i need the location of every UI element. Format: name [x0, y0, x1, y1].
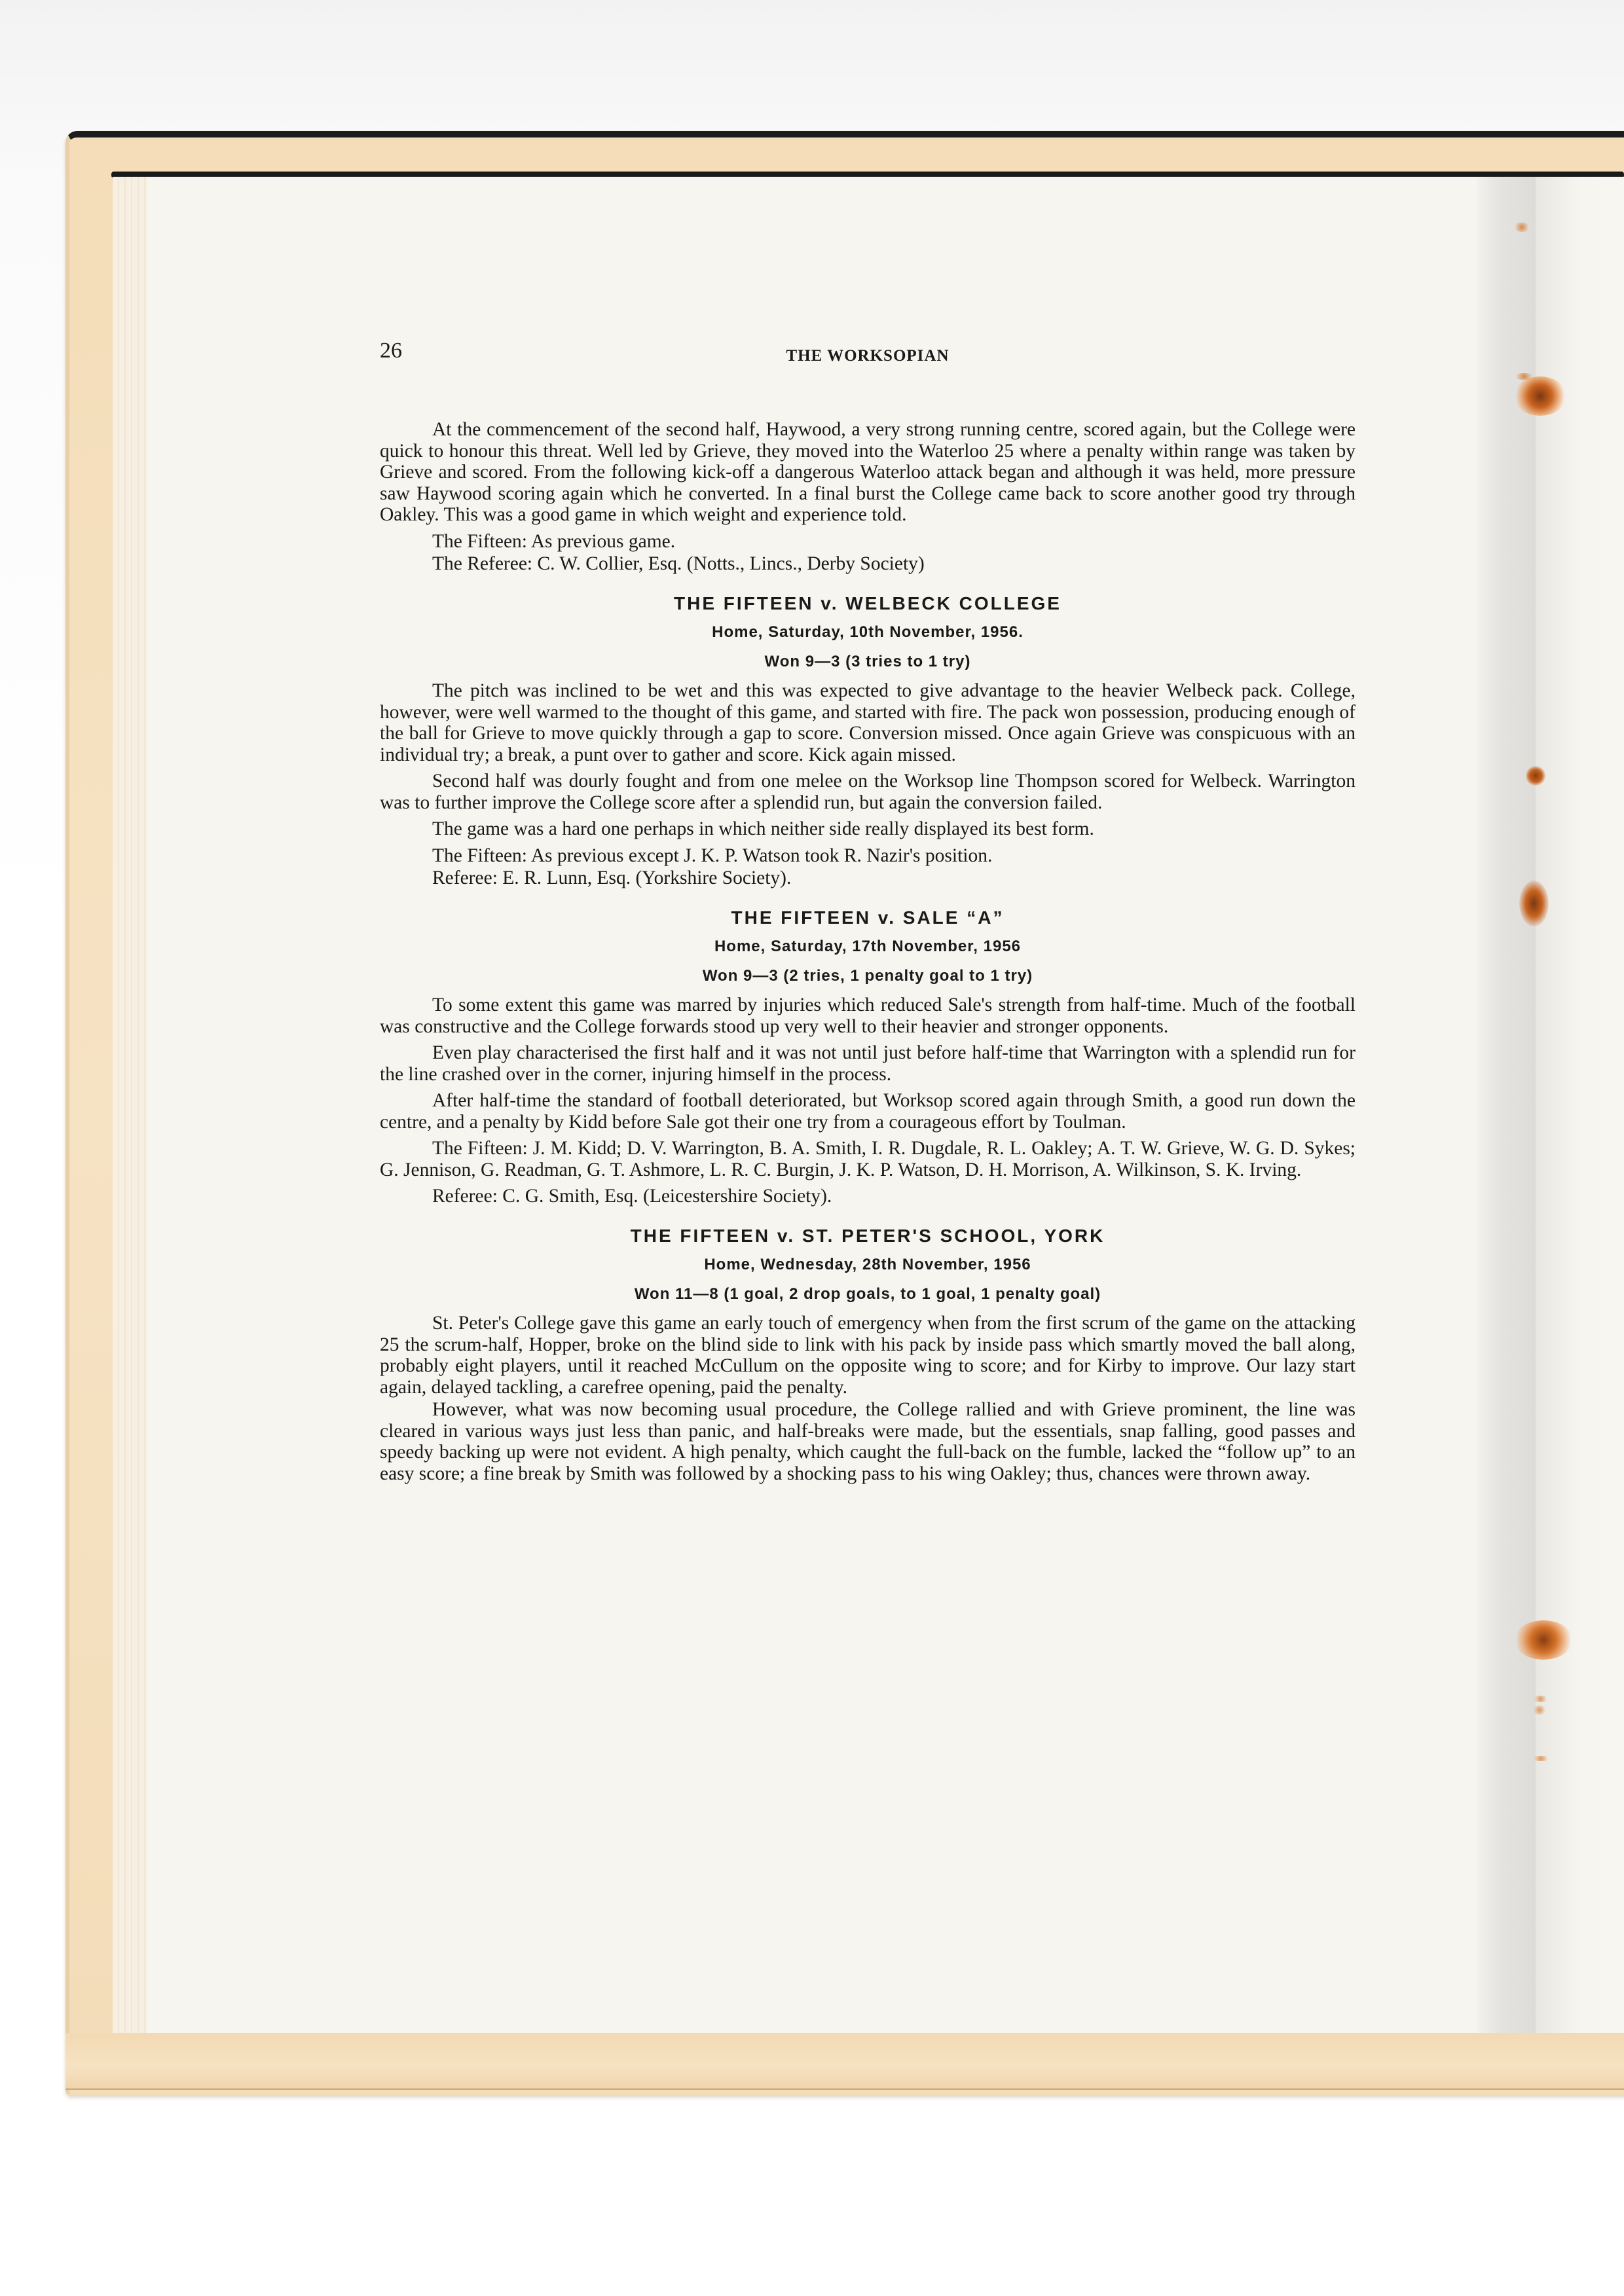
match-date: Home, Saturday, 10th November, 1956. — [380, 622, 1356, 644]
rust-stain — [1532, 1696, 1549, 1702]
journal-title: THE WORKSOPIAN — [380, 346, 1356, 367]
match-heading: THE FIFTEEN v. WELBECK COLLEGE — [380, 593, 1356, 615]
article-paragraph: Even play characterised the first half a… — [380, 1042, 1356, 1085]
running-head: 26 THE WORKSOPIAN — [380, 340, 1356, 380]
rust-stain — [1526, 766, 1545, 786]
rust-stain — [1531, 1756, 1551, 1761]
previous-match-continuation: At the commencement of the second half, … — [380, 419, 1356, 575]
match-report-sale: THE FIFTEEN v. SALE “A” Home, Saturday, … — [380, 907, 1356, 1207]
match-heading: THE FIFTEEN v. ST. PETER'S SCHOOL, YORK — [380, 1226, 1356, 1247]
page-block-edges — [113, 177, 149, 2036]
page-gutter-shadow — [1477, 177, 1536, 2035]
article-paragraph: The pitch was inclined to be wet and thi… — [380, 680, 1356, 765]
match-date: Home, Wednesday, 28th November, 1956 — [380, 1254, 1356, 1276]
match-heading: THE FIFTEEN v. SALE “A” — [380, 907, 1356, 929]
match-report-st-peters: THE FIFTEEN v. ST. PETER'S SCHOOL, YORK … — [380, 1226, 1356, 1485]
article-paragraph: After half-time the standard of football… — [380, 1090, 1356, 1133]
team-lineup: The Fifteen: As previous except J. K. P.… — [380, 845, 1356, 867]
book-cover-bottom-edge — [65, 2033, 1624, 2090]
match-report-welbeck: THE FIFTEEN v. WELBECK COLLEGE Home, Sat… — [380, 593, 1356, 889]
rust-stain — [1514, 1620, 1573, 1660]
team-lineup: The Fifteen: As previous game. — [380, 531, 1356, 553]
match-result: Won 11—8 (1 goal, 2 drop goals, to 1 goa… — [380, 1284, 1356, 1305]
referee-line: Referee: C. G. Smith, Esq. (Leicestershi… — [380, 1186, 1356, 1207]
match-result: Won 9—3 (2 tries, 1 penalty goal to 1 tr… — [380, 966, 1356, 987]
article-paragraph: The game was a hard one perhaps in which… — [380, 818, 1356, 840]
article-paragraph: To some extent this game was marred by i… — [380, 994, 1356, 1037]
page-content: 26 THE WORKSOPIAN At the commencement of… — [380, 340, 1356, 1489]
team-lineup: The Fifteen: J. M. Kidd; D. V. Warringto… — [380, 1138, 1356, 1180]
rust-stain — [1519, 881, 1549, 926]
rust-stain — [1513, 223, 1531, 232]
article-paragraph: St. Peter's College gave this game an ea… — [380, 1313, 1356, 1398]
rust-stain — [1532, 1705, 1547, 1715]
article-paragraph: At the commencement of the second half, … — [380, 419, 1356, 526]
referee-line: The Referee: C. W. Collier, Esq. (Notts.… — [380, 553, 1356, 575]
rust-stain — [1514, 376, 1566, 416]
article-paragraph: Second half was dourly fought and from o… — [380, 771, 1356, 813]
facing-page-edge — [1536, 177, 1624, 2035]
match-date: Home, Saturday, 17th November, 1956 — [380, 936, 1356, 958]
article-paragraph: However, what was now becoming usual pro… — [380, 1399, 1356, 1484]
match-result: Won 9—3 (3 tries to 1 try) — [380, 651, 1356, 673]
referee-line: Referee: E. R. Lunn, Esq. (Yorkshire Soc… — [380, 867, 1356, 889]
